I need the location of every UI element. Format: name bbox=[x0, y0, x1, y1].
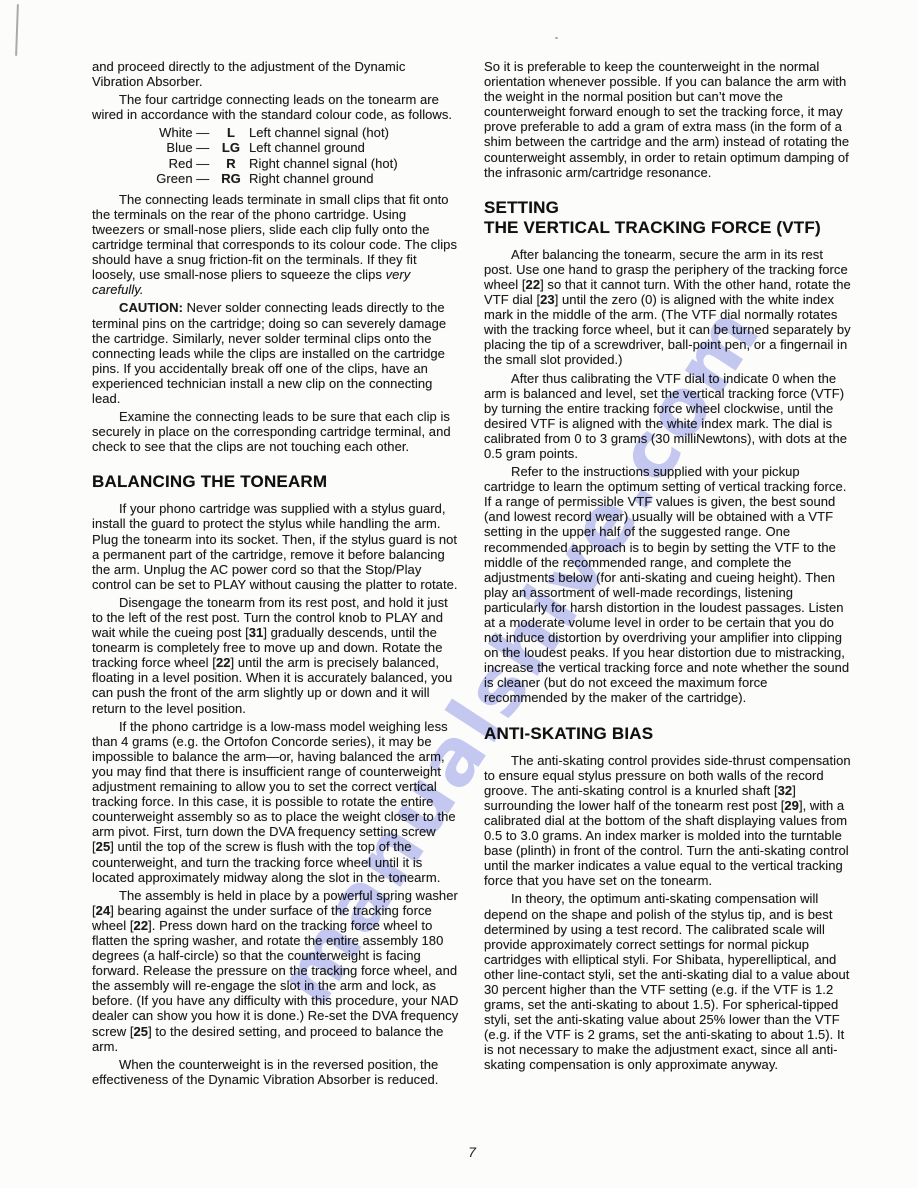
text-run: Examine the connecting leads to be sure … bbox=[92, 409, 451, 454]
bold-text: 22 bbox=[526, 277, 541, 292]
channel-description: Left channel signal (hot) bbox=[249, 125, 460, 140]
section-heading: BALANCING THE TONEARM bbox=[92, 472, 460, 492]
bold-text: 25 bbox=[96, 839, 111, 854]
text-run: The four cartridge connecting leads on t… bbox=[92, 92, 452, 122]
text-run: When the counterweight is in the reverse… bbox=[92, 1057, 438, 1087]
colour-name: White — bbox=[92, 125, 213, 140]
paragraph: If the phono cartridge is a low-mass mod… bbox=[92, 719, 460, 885]
section-heading-line: BALANCING THE TONEARM bbox=[92, 472, 460, 492]
text-run: Refer to the instructions supplied with … bbox=[484, 464, 849, 705]
text-run: After thus calibrating the VTF dial to i… bbox=[484, 371, 847, 461]
text-run: ] until the top of the screw is flush wi… bbox=[92, 839, 440, 884]
colour-code-row: Red — RRight channel signal (hot) bbox=[92, 156, 460, 171]
paragraph: Disengage the tonearm from its rest post… bbox=[92, 595, 460, 716]
bold-text: CAUTION: bbox=[119, 300, 183, 315]
section-heading-line: SETTING bbox=[484, 198, 852, 218]
colour-name: Blue — bbox=[92, 140, 213, 155]
paragraph: If your phono cartridge was supplied wit… bbox=[92, 501, 460, 592]
paragraph: The connecting leads terminate in small … bbox=[92, 192, 460, 298]
channel-description: Right channel ground bbox=[249, 171, 460, 186]
paragraph: So it is preferable to keep the counterw… bbox=[484, 59, 852, 180]
columns: and proceed directly to the adjustment o… bbox=[92, 59, 852, 1090]
manual-page: manualshive.com and proceed directly to … bbox=[0, 0, 918, 1188]
bold-text: 32 bbox=[778, 783, 793, 798]
section-heading-line: ANTI-SKATING BIAS bbox=[484, 724, 852, 744]
paragraph: After balancing the tonearm, secure the … bbox=[484, 247, 852, 368]
paragraph: After thus calibrating the VTF dial to i… bbox=[484, 371, 852, 462]
channel-code: L bbox=[213, 125, 249, 140]
section-heading: SETTINGTHE VERTICAL TRACKING FORCE (VTF) bbox=[484, 198, 852, 238]
bold-text: 22 bbox=[134, 918, 149, 933]
text-run: and proceed directly to the adjustment o… bbox=[92, 59, 405, 89]
section-heading-line: THE VERTICAL TRACKING FORCE (VTF) bbox=[484, 218, 852, 238]
colour-code-list: White — LLeft channel signal (hot)Blue —… bbox=[92, 125, 460, 185]
section-heading: ANTI-SKATING BIAS bbox=[484, 724, 852, 744]
page-number: 7 bbox=[0, 1144, 918, 1160]
paragraph: Examine the connecting leads to be sure … bbox=[92, 409, 460, 454]
colour-code-row: Green — RGRight channel ground bbox=[92, 171, 460, 186]
channel-code: R bbox=[213, 156, 249, 171]
bold-text: 29 bbox=[784, 798, 799, 813]
paragraph: and proceed directly to the adjustment o… bbox=[92, 59, 460, 89]
right-column: So it is preferable to keep the counterw… bbox=[484, 59, 852, 1090]
scan-artifact-speck bbox=[555, 37, 558, 39]
paragraph: The four cartridge connecting leads on t… bbox=[92, 92, 460, 122]
text-run: If the phono cartridge is a low-mass mod… bbox=[92, 719, 456, 855]
left-column: and proceed directly to the adjustment o… bbox=[92, 59, 460, 1090]
paragraph: Refer to the instructions supplied with … bbox=[484, 464, 852, 706]
bold-text: 23 bbox=[540, 292, 555, 307]
text-run: If your phono cartridge was supplied wit… bbox=[92, 501, 458, 591]
bold-text: 22 bbox=[216, 655, 231, 670]
colour-code-row: Blue — LGLeft channel ground bbox=[92, 140, 460, 155]
paragraph: CAUTION: Never solder connecting leads d… bbox=[92, 300, 460, 406]
channel-code: RG bbox=[213, 171, 249, 186]
colour-name: Green — bbox=[92, 171, 213, 186]
text-run: So it is preferable to keep the counterw… bbox=[484, 59, 849, 180]
paragraph: In theory, the optimum anti-skating comp… bbox=[484, 891, 852, 1072]
colour-name: Red — bbox=[92, 156, 213, 171]
channel-description: Right channel signal (hot) bbox=[249, 156, 460, 171]
channel-description: Left channel ground bbox=[249, 140, 460, 155]
paragraph: The assembly is held in place by a power… bbox=[92, 888, 460, 1054]
colour-code-row: White — LLeft channel signal (hot) bbox=[92, 125, 460, 140]
bold-text: 31 bbox=[249, 625, 264, 640]
bold-text: 25 bbox=[134, 1024, 149, 1039]
scan-artifact-line bbox=[15, 4, 19, 56]
text-run: Never solder connecting leads directly t… bbox=[92, 300, 446, 406]
paragraph: The anti-skating control provides side-t… bbox=[484, 753, 852, 889]
channel-code: LG bbox=[213, 140, 249, 155]
paragraph: When the counterweight is in the reverse… bbox=[92, 1057, 460, 1087]
bold-text: 24 bbox=[96, 903, 111, 918]
text-run: In theory, the optimum anti-skating comp… bbox=[484, 891, 849, 1072]
text-run: ]. Press down hard on the tracking force… bbox=[92, 918, 458, 1039]
